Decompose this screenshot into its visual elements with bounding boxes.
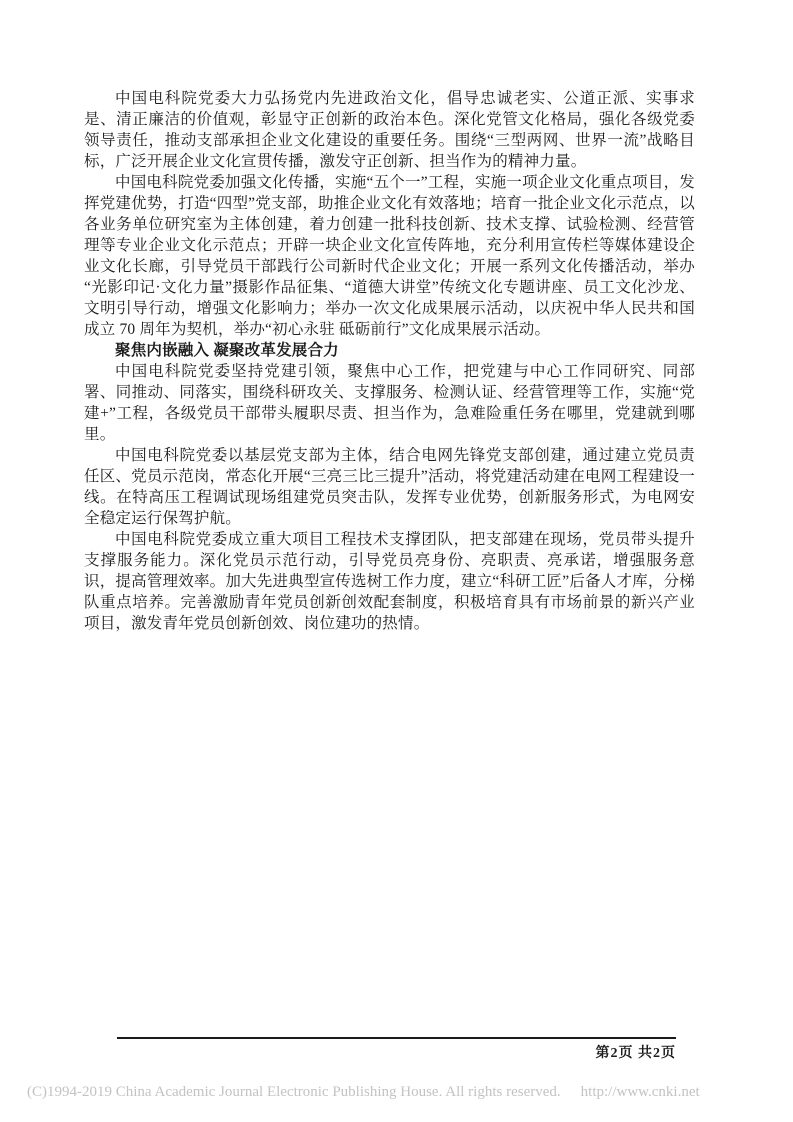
article-paragraph: 中国电科院党委加强文化传播，实施“五个一”工程，实施一项企业文化重点项目，发挥党… bbox=[84, 172, 695, 340]
copyright-notice: (C)1994-2019 China Academic Journal Elec… bbox=[27, 1084, 561, 1100]
footer-divider bbox=[117, 1037, 676, 1039]
article-paragraph: 中国电科院党委成立重大项目工程技术支撑团队，把支部建在现场，党员带头提升支撑服务… bbox=[84, 529, 695, 634]
section-heading: 聚焦内嵌融入 凝聚改革发展合力 bbox=[84, 340, 695, 361]
document-page: 中国电科院党委大力弘扬党内先进政治文化，倡导忠诚老实、公道正派、实事求是、清正廉… bbox=[0, 0, 793, 1122]
copyright-bar: (C)1994-2019 China Academic Journal Elec… bbox=[27, 1084, 767, 1101]
article-body: 中国电科院党委大力弘扬党内先进政治文化，倡导忠诚老实、公道正派、实事求是、清正廉… bbox=[84, 88, 695, 634]
article-paragraph: 中国电科院党委大力弘扬党内先进政治文化，倡导忠诚老实、公道正派、实事求是、清正廉… bbox=[84, 88, 695, 172]
article-paragraph: 中国电科院党委坚持党建引领，聚焦中心工作，把党建与中心工作同研究、同部署、同推动… bbox=[84, 361, 695, 445]
article-paragraph: 中国电科院党委以基层党支部为主体，结合电网先锋党支部创建，通过建立党员责任区、党… bbox=[84, 445, 695, 529]
page-number-indicator: 第2页 共2页 bbox=[400, 1042, 676, 1062]
cnki-url: http://www.cnki.net bbox=[581, 1084, 700, 1100]
